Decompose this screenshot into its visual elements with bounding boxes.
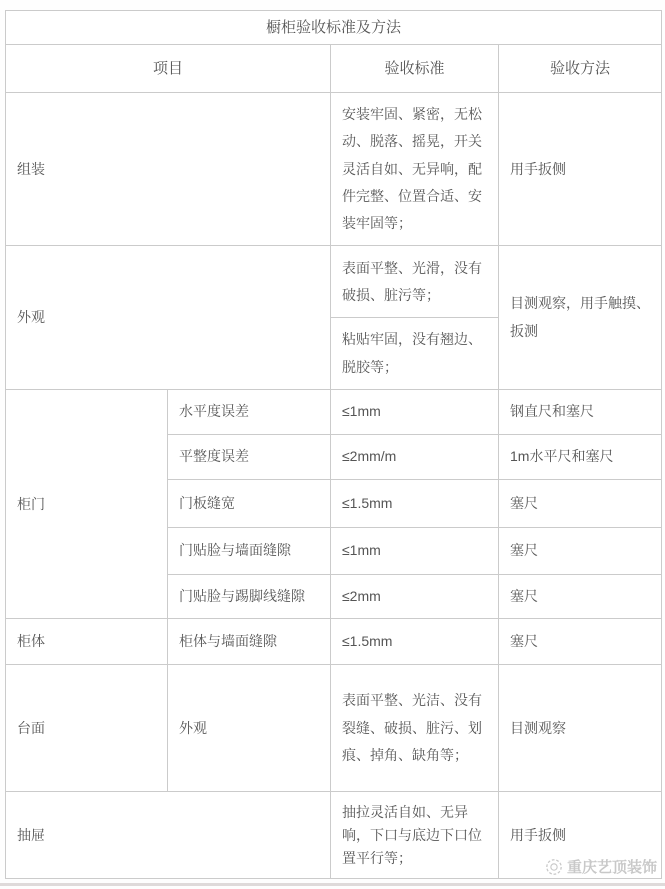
cell-method-drawer: 用手扳侧 重庆艺顶装饰 (499, 792, 662, 879)
table-title: 橱柜验收标准及方法 (6, 11, 662, 45)
table-row-assembly: 组装 安装牢固、紧密，无松动、脱落、摇晃，开关灵活自如、无异响，配件完整、位置合… (6, 93, 662, 246)
cell-item-door-skirting-gap: 门贴脸与踢脚线缝隙 (168, 575, 331, 619)
table-title-row: 橱柜验收标准及方法 (6, 11, 662, 45)
cell-standard-door-skirting-gap: ≤2mm (331, 575, 499, 619)
cell-method-assembly: 用手扳侧 (499, 93, 662, 246)
cell-item-door-gap: 门板缝宽 (168, 480, 331, 528)
cell-item-door-flatness: 平整度误差 (168, 435, 331, 480)
cell-method-door-level: 钢直尺和塞尺 (499, 390, 662, 435)
cell-standard-appearance-1: 表面平整、光滑，没有破损、脏污等； (331, 246, 499, 318)
table-row-cabinet-body: 柜体 柜体与墙面缝隙 ≤1.5mm 塞尺 (6, 619, 662, 665)
table-row-door-level: 柜门 水平度误差 ≤1mm 钢直尺和塞尺 (6, 390, 662, 435)
cell-method-appearance: 目测观察，用手触摸、扳测 (499, 246, 662, 390)
cell-item-cabinet-body: 柜体与墙面缝隙 (168, 619, 331, 665)
cell-category-assembly: 组装 (6, 93, 331, 246)
cell-method-door-skirting-gap: 塞尺 (499, 575, 662, 619)
brand-watermark: 重庆艺顶装饰 (545, 858, 657, 876)
cell-standard-door-wall-gap: ≤1mm (331, 528, 499, 575)
table-row-countertop: 台面 外观 表面平整、光洁、没有裂缝、破损、脏污、划痕、掉角、缺角等； 目测观察 (6, 665, 662, 792)
cell-item-door-level: 水平度误差 (168, 390, 331, 435)
cell-standard-appearance-2: 粘贴牢固，没有翘边、脱胶等； (331, 318, 499, 390)
cell-category-countertop: 台面 (6, 665, 168, 792)
cell-standard-door-flatness: ≤2mm/m (331, 435, 499, 480)
cell-category-door: 柜门 (6, 390, 168, 619)
brand-watermark-text: 重庆艺顶装饰 (567, 860, 657, 875)
table-header-row: 项目 验收标准 验收方法 (6, 45, 662, 93)
cell-method-door-flatness: 1m水平尺和塞尺 (499, 435, 662, 480)
table-row-appearance-1: 外观 表面平整、光滑，没有破损、脏污等； 目测观察，用手触摸、扳测 (6, 246, 662, 318)
page-bottom-edge (0, 883, 665, 886)
cell-method-cabinet-body: 塞尺 (499, 619, 662, 665)
cell-item-door-wall-gap: 门贴脸与墙面缝隙 (168, 528, 331, 575)
brand-logo-icon (545, 858, 563, 876)
cell-standard-door-level: ≤1mm (331, 390, 499, 435)
cell-category-appearance: 外观 (6, 246, 331, 390)
cell-method-door-wall-gap: 塞尺 (499, 528, 662, 575)
cell-standard-countertop: 表面平整、光洁、没有裂缝、破损、脏污、划痕、掉角、缺角等； (331, 665, 499, 792)
header-item: 项目 (6, 45, 331, 93)
acceptance-table: 橱柜验收标准及方法 项目 验收标准 验收方法 组装 安装牢固、紧密，无松动、脱落… (5, 10, 662, 879)
cell-standard-assembly: 安装牢固、紧密，无松动、脱落、摇晃，开关灵活自如、无异响，配件完整、位置合适、安… (331, 93, 499, 246)
cell-method-countertop: 目测观察 (499, 665, 662, 792)
header-method: 验收方法 (499, 45, 662, 93)
cell-standard-cabinet-body: ≤1.5mm (331, 619, 499, 665)
cell-category-cabinet-body: 柜体 (6, 619, 168, 665)
header-standard: 验收标准 (331, 45, 499, 93)
cell-standard-door-gap: ≤1.5mm (331, 480, 499, 528)
cell-category-drawer: 抽屉 (6, 792, 331, 879)
cell-standard-drawer: 抽拉灵活自如、无异响，下口与底边下口位置平行等； (331, 792, 499, 879)
drawer-method-text: 用手扳侧 (510, 827, 566, 843)
table-row-drawer: 抽屉 抽拉灵活自如、无异响，下口与底边下口位置平行等； 用手扳侧 重庆艺顶装饰 (6, 792, 662, 879)
cell-method-door-gap: 塞尺 (499, 480, 662, 528)
cell-item-countertop: 外观 (168, 665, 331, 792)
